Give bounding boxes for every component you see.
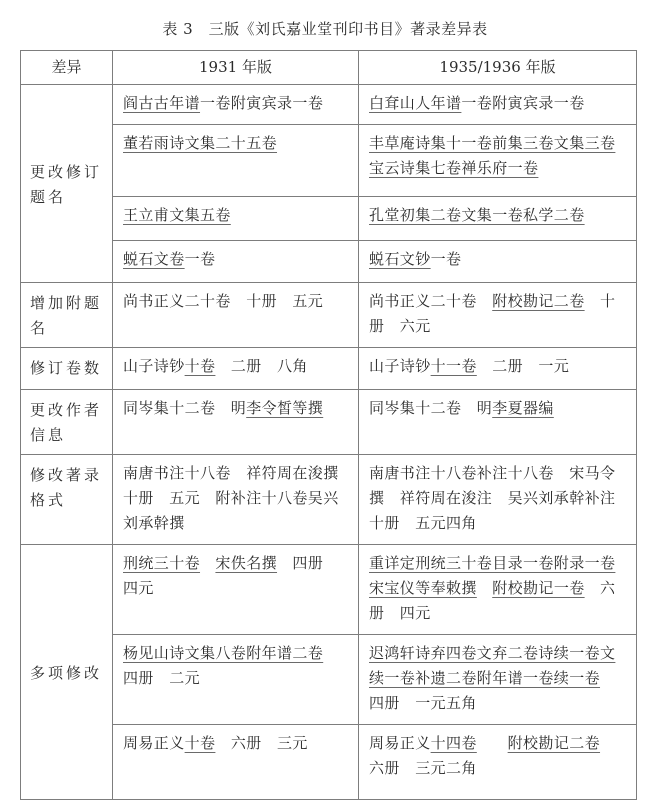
entry-text: 尚书正义二十卷 十册 五元 — [123, 292, 323, 310]
cell-1935-entry: 迟鸿轩诗弃四卷文弃二卷诗续一卷文续一卷补遗二卷附年谱一卷续一卷 四册 一元五角 — [359, 635, 637, 725]
entry-text: 南唐书注十八卷 祥符周在浚撰十册 五元 附补注十八卷吴兴刘承幹撰 — [123, 464, 339, 532]
underlined-change: 重详定刑统三十卷目录一卷附录一卷 — [369, 554, 615, 572]
table-row: 更改修订题名阎古古年谱一卷附寅宾录一卷白耷山人年谱一卷附寅宾录一卷 — [21, 85, 637, 125]
cell-1935-entry: 周易正义十四卷 附校勘记二卷 六册 三元二角 — [359, 725, 637, 800]
cell-1935-entry: 尚书正义二十卷 附校勘记二卷 十册 六元 — [359, 283, 637, 348]
cell-1935-entry: 重详定刑统三十卷目录一卷附录一卷 宋宝仪等奉敕撰 附校勘记一卷 六册 四元 — [359, 545, 637, 635]
cell-1935-entry: 山子诗钞十一卷 二册 一元 — [359, 348, 637, 390]
entry-text: 同岑集十二卷 明 — [123, 399, 246, 417]
underlined-change: 杨见山诗文集八卷附年谱二卷 — [123, 644, 323, 662]
entry-text: 山子诗钞 — [369, 357, 431, 375]
cell-1931-entry: 山子诗钞十卷 二册 八角 — [113, 348, 359, 390]
underlined-change: 蜕石文钞 — [369, 250, 431, 268]
table-row: 王立甫文集五卷孔堂初集二卷文集一卷私学二卷 — [21, 197, 637, 241]
cell-1931-entry: 蜕石文卷一卷 — [113, 241, 359, 283]
cell-1935-entry: 南唐书注十八卷补注十八卷 宋马令撰 祥符周在浚注 吴兴刘承幹补注 十册 五元四角 — [359, 455, 637, 545]
entry-text: 周易正义 — [369, 734, 431, 752]
underlined-change: 十卷 — [185, 357, 216, 375]
cell-1935-entry: 白耷山人年谱一卷附寅宾录一卷 — [359, 85, 637, 125]
entry-text: 同岑集十二卷 明 — [369, 399, 492, 417]
underlined-change: 白耷山人年谱 — [369, 94, 461, 112]
difference-category: 修改著录格式 — [21, 455, 113, 545]
cell-1931-entry: 刑统三十卷 宋佚名撰 四册 四元 — [113, 545, 359, 635]
cell-1935-entry: 同岑集十二卷 明李夏器编 — [359, 390, 637, 455]
underlined-change: 附校勘记二卷 — [492, 292, 584, 310]
underlined-change: 十四卷 — [431, 734, 477, 752]
underlined-change: 阎古古年谱 — [123, 94, 200, 112]
underlined-change: 董若雨诗文集二十五卷 — [123, 134, 277, 152]
entry-text: 六册 三元 — [215, 734, 307, 752]
entry-text: 一卷附寅宾录一卷 — [461, 94, 584, 112]
underlined-change: 刑统三十卷 — [123, 554, 200, 572]
underlined-change: 附校勘记一卷 — [492, 579, 584, 597]
entry-text — [615, 554, 630, 572]
entry-text — [477, 734, 508, 752]
table-row: 董若雨诗文集二十五卷丰草庵诗集十一卷前集三卷文集三卷宝云诗集七卷禅乐府一卷 — [21, 125, 637, 197]
cell-1931-entry: 阎古古年谱一卷附寅宾录一卷 — [113, 85, 359, 125]
cell-1931-entry: 王立甫文集五卷 — [113, 197, 359, 241]
difference-category: 更改作者信息 — [21, 390, 113, 455]
underlined-change: 十一卷 — [431, 357, 477, 375]
header-difference: 差异 — [21, 51, 113, 85]
cell-1931-entry: 南唐书注十八卷 祥符周在浚撰十册 五元 附补注十八卷吴兴刘承幹撰 — [113, 455, 359, 545]
cell-1931-entry: 杨见山诗文集八卷附年谱二卷 四册 二元 — [113, 635, 359, 725]
underlined-change: 王立甫文集五卷 — [123, 206, 231, 224]
entry-text: 一卷 — [431, 250, 462, 268]
table-row: 修订卷数山子诗钞十卷 二册 八角山子诗钞十一卷 二册 一元 — [21, 348, 637, 390]
underlined-change: 宋佚名撰 — [215, 554, 277, 572]
underlined-change: 李令皙等撰 — [246, 399, 323, 417]
table-row: 周易正义十卷 六册 三元周易正义十四卷 附校勘记二卷 六册 三元二角 — [21, 725, 637, 800]
differences-table: 差异 1931 年版 1935/1936 年版 更改修订题名阎古古年谱一卷附寅宾… — [20, 50, 637, 800]
cell-1931-entry: 董若雨诗文集二十五卷 — [113, 125, 359, 197]
entry-text: 南唐书注十八卷补注十八卷 宋马令撰 祥符周在浚注 吴兴刘承幹补注 十册 五元四角 — [369, 464, 631, 532]
entry-text — [477, 579, 492, 597]
underlined-change: 十卷 — [185, 734, 216, 752]
table-row: 杨见山诗文集八卷附年谱二卷 四册 二元迟鸿轩诗弃四卷文弃二卷诗续一卷文续一卷补遗… — [21, 635, 637, 725]
table-row: 增加附题名尚书正义二十卷 十册 五元尚书正义二十卷 附校勘记二卷 十册 六元 — [21, 283, 637, 348]
table-header-row: 差异 1931 年版 1935/1936 年版 — [21, 51, 637, 85]
underlined-change: 孔堂初集二卷文集一卷私学二卷 — [369, 206, 585, 224]
cell-1935-entry: 蜕石文钞一卷 — [359, 241, 637, 283]
table-row: 蜕石文卷一卷蜕石文钞一卷 — [21, 241, 637, 283]
underlined-change: 李夏器编 — [492, 399, 554, 417]
entry-text: 一卷 — [185, 250, 216, 268]
difference-category: 更改修订题名 — [21, 85, 113, 283]
difference-category: 修订卷数 — [21, 348, 113, 390]
entry-text: 二册 一元 — [477, 357, 569, 375]
underlined-change: 附校勘记二卷 — [508, 734, 600, 752]
entry-text: 尚书正义二十卷 — [369, 292, 492, 310]
entry-text: 周易正义 — [123, 734, 185, 752]
header-1935-1936: 1935/1936 年版 — [359, 51, 637, 85]
entry-text: 一卷附寅宾录一卷 — [200, 94, 323, 112]
cell-1931-entry: 周易正义十卷 六册 三元 — [113, 725, 359, 800]
difference-category: 增加附题名 — [21, 283, 113, 348]
table-row: 多项修改刑统三十卷 宋佚名撰 四册 四元重详定刑统三十卷目录一卷附录一卷 宋宝仪… — [21, 545, 637, 635]
entry-text: 山子诗钞 — [123, 357, 185, 375]
header-1931: 1931 年版 — [113, 51, 359, 85]
underlined-change: 蜕石文卷 — [123, 250, 185, 268]
entry-text — [200, 554, 215, 572]
underlined-change: 宋宝仪等奉敕撰 — [369, 579, 477, 597]
table-row: 修改著录格式南唐书注十八卷 祥符周在浚撰十册 五元 附补注十八卷吴兴刘承幹撰南唐… — [21, 455, 637, 545]
cell-1931-entry: 尚书正义二十卷 十册 五元 — [113, 283, 359, 348]
table-row: 更改作者信息同岑集十二卷 明李令皙等撰同岑集十二卷 明李夏器编 — [21, 390, 637, 455]
difference-category: 多项修改 — [21, 545, 113, 800]
entry-text: 二册 八角 — [215, 357, 307, 375]
underlined-change: 丰草庵诗集十一卷前集三卷文集三卷宝云诗集七卷禅乐府一卷 — [369, 134, 615, 177]
cell-1935-entry: 孔堂初集二卷文集一卷私学二卷 — [359, 197, 637, 241]
table-caption: 表 3 三版《刘氏嘉业堂刊印书目》著录差异表 — [0, 18, 650, 39]
cell-1935-entry: 丰草庵诗集十一卷前集三卷文集三卷宝云诗集七卷禅乐府一卷 — [359, 125, 637, 197]
underlined-change: 迟鸿轩诗弃四卷文弃二卷诗续一卷文续一卷补遗二卷附年谱一卷续一卷 — [369, 644, 615, 687]
cell-1931-entry: 同岑集十二卷 明李令皙等撰 — [113, 390, 359, 455]
